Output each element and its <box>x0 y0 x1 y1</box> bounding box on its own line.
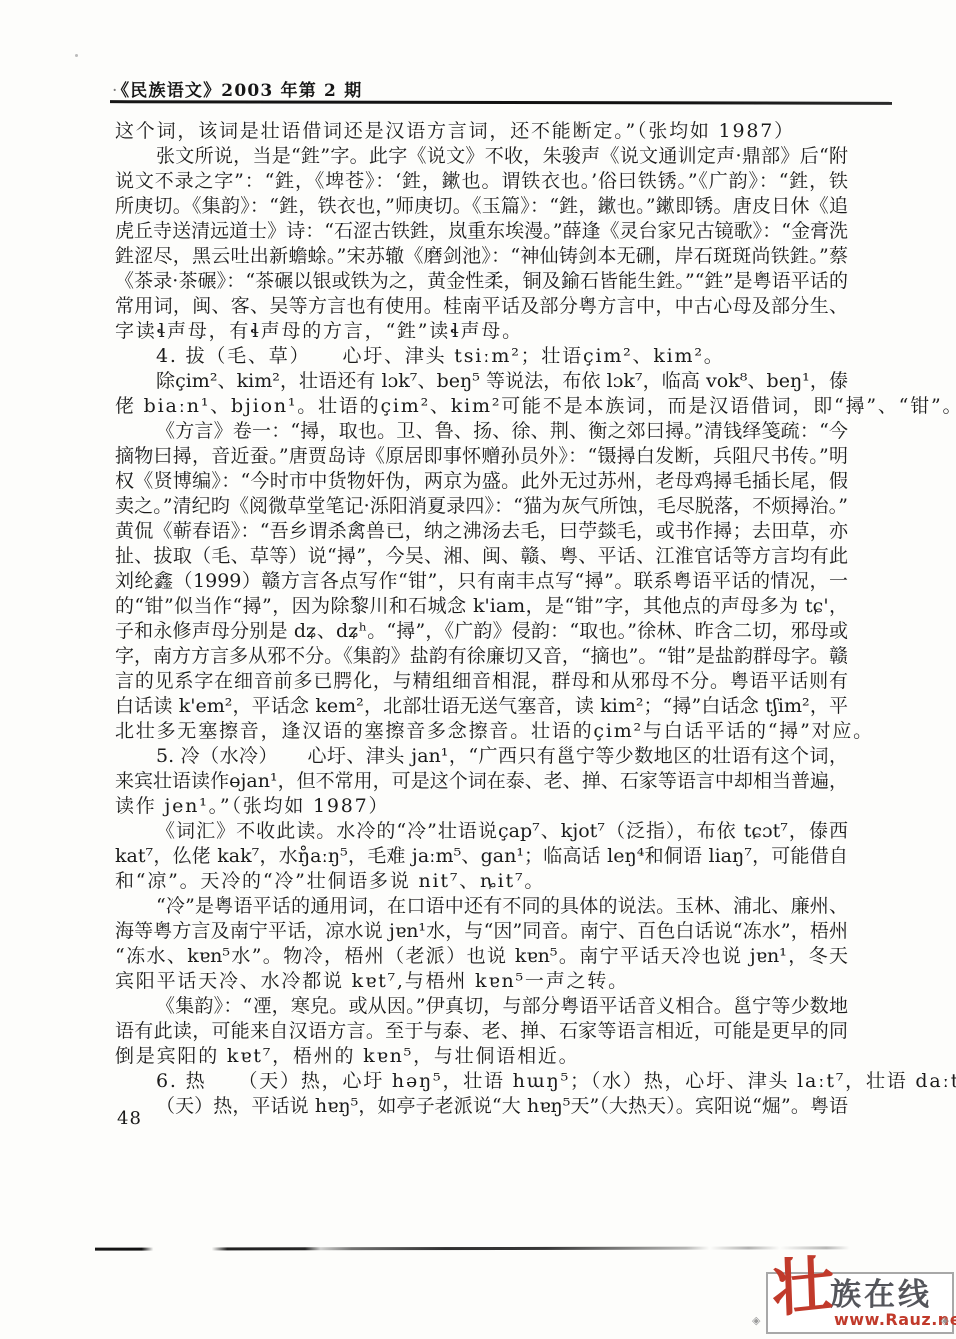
text-line: 《茶录·茶碾》：“茶碾以银或铁为之，黄金性柔，铜及鍮石皆能生鉎。”“鉎”是粤语平… <box>115 269 848 294</box>
text-line: 5. 冷（水冷） 心圩、津头 jan¹，“广西只有邕宁等少数地区的壮语有这个词，… <box>115 744 848 769</box>
text-line: 白话读 k'em²，平话念 kem²，北部壮语无送气塞音，读 kim²；“撏”白… <box>115 694 848 719</box>
text-line: 常用词，闽、客、吴等方言也有使用。桂南平话及部分粤方言中，中古心母及部分生、书母 <box>115 294 848 319</box>
text-line: 6. 热 （天）热，心圩 həŋ⁵，壮语 hɯŋ⁵；（水）热，心圩、津头 laː… <box>115 1069 848 1094</box>
text-line: 卖之。”清纪昀《阅微草堂笔记·泺阳消夏录四》：“猫为灰气所蚀，毛尽脱落，不烦撏治… <box>115 494 848 519</box>
text-line: 这个词，该词是壮语借词还是汉语方言词，还不能断定。”（张均如 1987） <box>115 119 848 144</box>
text-line: 黄侃《蕲春语》：“吾乡谓杀禽兽已，纳之沸汤去毛，曰苧燅毛，或书作撏；去田草，亦曰… <box>115 519 848 544</box>
watermark-box: ◈ 族在线 www.Rauz.net ◈ 壮 <box>766 1272 954 1334</box>
journal-header: ·《民族语文》2003 年第 2 期 <box>112 76 362 101</box>
text-line: 字，南方方言多从邪不分。《集韵》盐韵有徐廉切又音，“摘也”。“钳”是盐韵群母字。… <box>115 644 848 669</box>
text-line: 所庚切。《集韵》：“鉎，铁衣也，”师庚切。《玉篇》：“鉎，鏉也。”鏉即锈。唐皮日… <box>115 194 848 219</box>
text-line: 言的见系字在细音前多已腭化，与精组细音相混，群母和从邪母不分。粤语平话则有别，“… <box>115 669 848 694</box>
text-line: 海等粤方言及南宁平话，凉水说 jɐn¹水，与“因”同音。南宁、百色白话说“冻水”… <box>115 919 848 944</box>
text-line: 宾阳平话天冷、水冷都说 kɐt⁷,与梧州 kɐn⁵一声之转。 <box>115 969 848 994</box>
text-line: 来宾壮语读作ɵjan¹，但不常用，可是这个词在泰、老、掸、石家等语言中却相当普遍… <box>115 769 848 794</box>
text-line: 的“钳”似当作“撏”，因为除黎川和石城念 k'iam，是“钳”字，其他点的声母多… <box>115 594 848 619</box>
text-line: 《方言》卷一：“撏，取也。卫、鲁、扬、徐、荆、衡之郊曰撏。”清钱绎笺疏：“今俗指 <box>115 419 848 444</box>
text-line: 倒是宾阳的 kɐt⁷，梧州的 kɐn⁵，与壮侗语相近。 <box>115 1044 848 1069</box>
text-line: 4. 拔（毛、草） 心圩、津头 tsiːm²；壮语çim²、kim²。 <box>115 344 848 369</box>
text-line: 摘物曰撏，音近蚕。”唐贾岛诗《原居即事怀赠孙员外》：“镊撏白发断，兵阻尺书传。”… <box>115 444 848 469</box>
text-line: （天）热，平话说 hɐŋ⁵，如亭子老派说“大 hɐŋ⁵天”（大热天）。宾阳说“煀… <box>115 1094 848 1119</box>
scan-bottom-divider-line <box>95 1246 873 1250</box>
text-line: 除çim²、kim²，壮语还有 lɔk⁷、beŋ⁵ 等说法，布依 lɔk⁷，临高… <box>115 369 848 394</box>
text-line: 和“凉”。天冷的“冷”壮侗语多说 nit⁷、ȵit⁷。 <box>115 869 848 894</box>
watermark-url: www.Rauz.net <box>834 1311 956 1329</box>
page-number: 48 <box>117 1108 142 1129</box>
text-line: 佬 biaːn¹、bjion¹。壮语的çim²、kim²可能不是本族词，而是汉语… <box>115 394 848 419</box>
text-line: 刘纶鑫（1999）赣方言各点写作“钳”，只有南丰点写“撏”。联系粤语平话的情况，… <box>115 569 848 594</box>
text-line: 读作 jen¹。”（张均如 1987） <box>115 794 848 819</box>
text-line: 虎丘寺送清远道士》诗：“石涩古铁鉎，岚重东埃漫。”薛逢《灵台家兄古镜歌》：“金膏… <box>115 219 848 244</box>
text-line: 北壮多无塞擦音，逢汉语的塞擦音多念擦音。壮语的çim²与白话平话的“撏”对应。 <box>115 719 848 744</box>
text-line: 《集韵》：“凐，寒皃。或从因。”伊真切，与部分粤语平话音义相合。邕宁等少数地区壮 <box>115 994 848 1019</box>
text-line: 鉎涩尽，黑云吐出新蟾蜍。”宋苏辙《磨剑池》：“神仙铸剑本无硎，岸石斑斑尚铁鉎。”… <box>115 244 848 269</box>
text-line: 说文不录之字”：“鉎，《埤苍》：‘鉎，鏉也。谓铁衣也。’俗曰铁锈。”《广韵》：“… <box>115 169 848 194</box>
header-divider-line <box>110 100 892 105</box>
diamond-icon: ◈ <box>941 1315 949 1326</box>
text-line: 《词汇》不收此读。水冷的“冷”壮语说çap⁷、kjot⁷（泛指），布依 tɕɔt… <box>115 819 848 844</box>
watermark-site-name: 族在线 <box>830 1280 932 1311</box>
text-line: 字读ɬ声母，有ɬ声母的方言，“鉎”读ɬ声母。 <box>115 319 848 344</box>
scan-speck <box>75 54 78 57</box>
article-body: 这个词，该词是壮语借词还是汉语方言词，还不能断定。”（张均如 1987）张文所说… <box>115 119 848 1119</box>
text-line: 权《贤博编》：“今时市中货物奸伪，两京为盛。此外无过苏州，老母鸡撏毛插长尾，假敦… <box>115 469 848 494</box>
scanned-journal-page: ·《民族语文》2003 年第 2 期 这个词，该词是壮语借词还是汉语方言词，还不… <box>0 0 956 1339</box>
text-line: “冻水、kɐn⁵水”。物冷，梧州（老派）也说 kɐn⁵。南宁平话天冷也说 jɐn… <box>115 944 848 969</box>
text-line: 张文所说，当是“鉎”字。此字《说文》不收，朱骏声《说文通训定声·鼎部》后“附 <box>115 144 848 169</box>
text-line: “冷”是粤语平话的通用词，在口语中还有不同的具体的说法。玉林、浦北、廉州、北 <box>115 894 848 919</box>
journal-issue-label: 《民族语文》2003 年第 2 期 <box>121 81 363 101</box>
diamond-icon: ◈ <box>752 1315 760 1326</box>
text-line: 扯、拔取（毛、草等）说“撏”，今吴、湘、闽、赣、粤、平话、江淮官话等方言均有此说… <box>115 544 848 569</box>
text-line: kat⁷，仫佬 kak⁷，水ŋ̊aːŋ⁵，毛难 jaːm⁵、gan¹；临高话 l… <box>115 844 848 869</box>
watermark-zhuang-character: 壮 <box>771 1253 835 1322</box>
scan-artifact-dot: · <box>112 81 119 101</box>
text-line: 子和永修声母分别是 dʑ、dʑʰ。“撏”，《广韵》侵韵：“取也。”徐林、昨含二切… <box>115 619 848 644</box>
text-line: 语有此读，可能来自汉语方言。至于与泰、老、掸、石家等语言相近，可能是更早的同源词… <box>115 1019 848 1044</box>
